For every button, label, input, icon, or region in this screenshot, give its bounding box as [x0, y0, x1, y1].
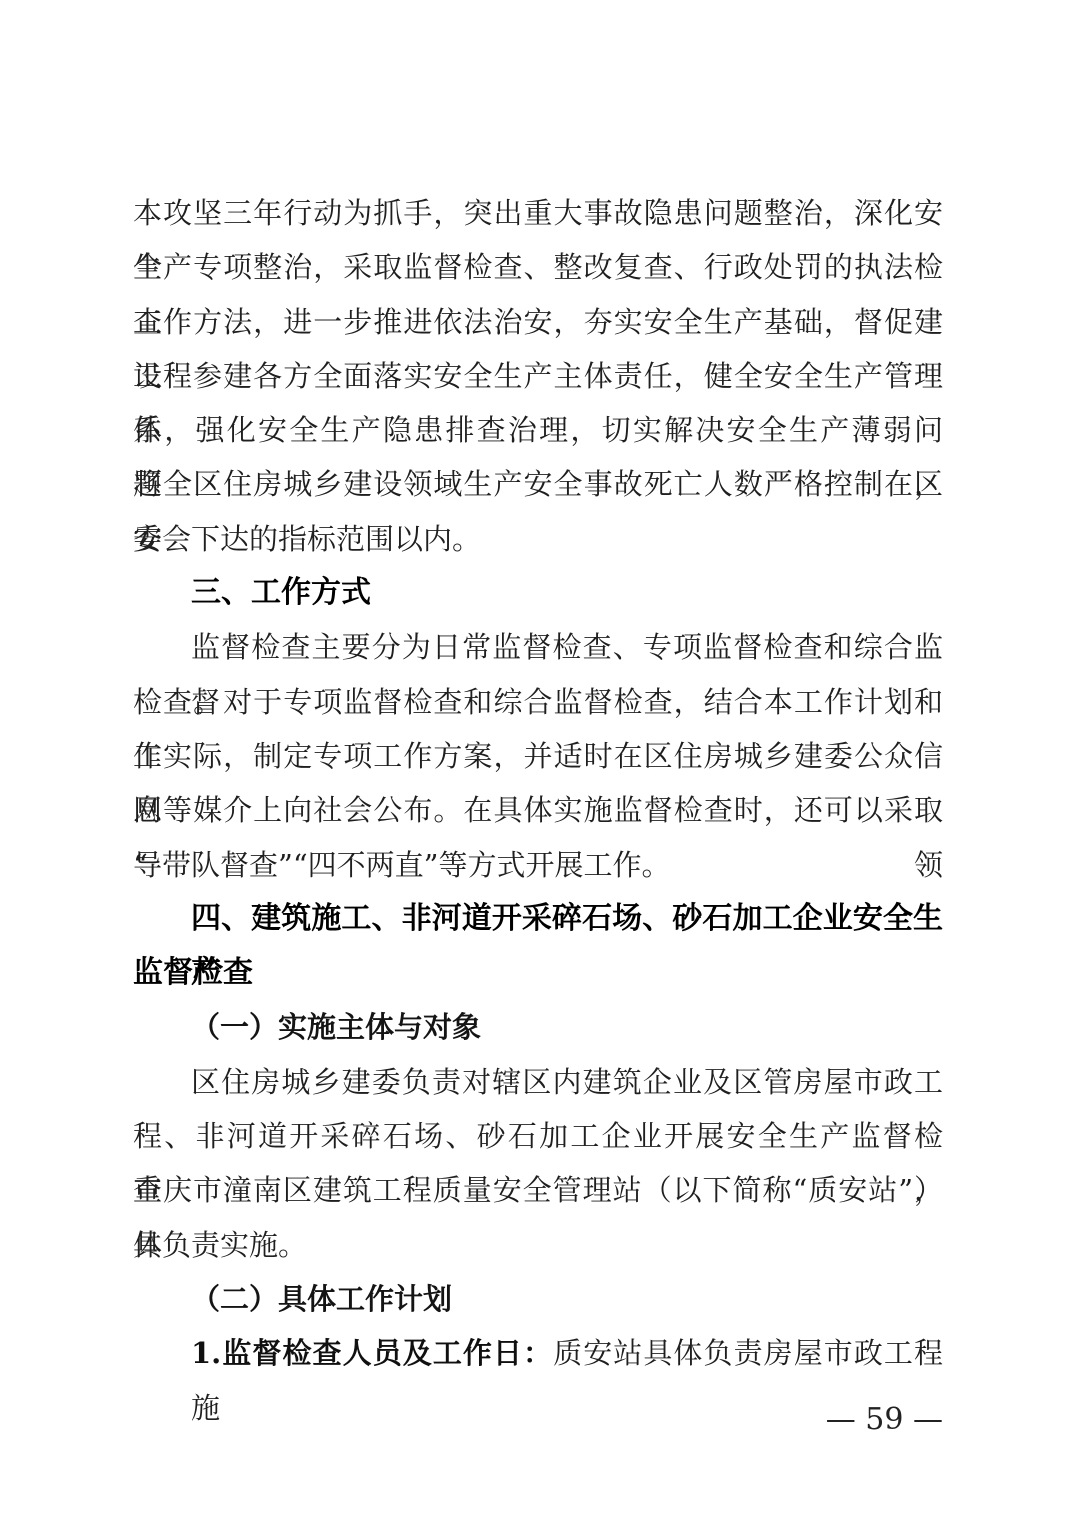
text-line: 生产专项整治，采取监督检查、整改复查、行政处罚的执法检查	[133, 240, 943, 294]
text-line: 工程参建各方全面落实安全生产主体责任，健全安全生产管理体	[133, 349, 943, 403]
text-line: 系，强化安全生产隐患排查治理，切实解决安全生产薄弱问题，	[133, 403, 943, 457]
text-line: 监督检查主要分为日常监督检查、专项监督检查和综合监督	[133, 620, 943, 674]
item-label-bold: 1.监督检查人员及工作日：	[191, 1336, 553, 1370]
text-line: 区住房城乡建委负责对辖区内建筑企业及区管房屋市政工	[133, 1055, 943, 1109]
text-line: 重庆市潼南区建筑工程质量安全管理站（以下简称“质安站”）具	[133, 1163, 943, 1217]
text-line: 作实际，制定专项工作方案，并适时在区住房城乡建委公众信息	[133, 729, 943, 783]
page-number: — 59 —	[826, 1396, 943, 1444]
text-line: 本攻坚三年行动为抓手，突出重大事故隐患问题整治，深化安全	[133, 186, 943, 240]
text-line: 网等媒介上向社会公布。在具体实施监督检查时，还可以采取“领	[133, 783, 943, 837]
text-line: 程、非河道开采碎石场、砂石加工企业开展安全生产监督检查，	[133, 1109, 943, 1163]
text-line: 将全区住房城乡建设领域生产安全事故死亡人数严格控制在区安	[133, 457, 943, 511]
text-line: 工作方法，进一步推进依法治安，夯实安全生产基础，督促建设	[133, 295, 943, 349]
text-line-mixed: 1.监督检查人员及工作日：质安站具体负责房屋市政工程施	[133, 1326, 943, 1380]
section-heading-4: 四、建筑施工、非河道开采碎石场、砂石加工企业安全生产	[133, 892, 943, 946]
document-page: 本攻坚三年行动为抓手，突出重大事故隐患问题整治，深化安全 生产专项整治，采取监督…	[0, 0, 1074, 1520]
subsection-heading-1: （一）实施主体与对象	[133, 1000, 943, 1054]
section-heading-4-continuation: 监督检查	[133, 946, 943, 1000]
paragraph-end-line: 委会下达的指标范围以内。	[133, 512, 943, 566]
paragraph-end-line: 体负责实施。	[133, 1218, 943, 1272]
section-heading-3: 三、工作方式	[133, 566, 943, 620]
document-body: 本攻坚三年行动为抓手，突出重大事故隐患问题整治，深化安全 生产专项整治，采取监督…	[133, 186, 943, 1381]
text-line: 检查。对于专项监督检查和综合监督检查，结合本工作计划和工	[133, 675, 943, 729]
subsection-heading-2: （二）具体工作计划	[133, 1272, 943, 1326]
